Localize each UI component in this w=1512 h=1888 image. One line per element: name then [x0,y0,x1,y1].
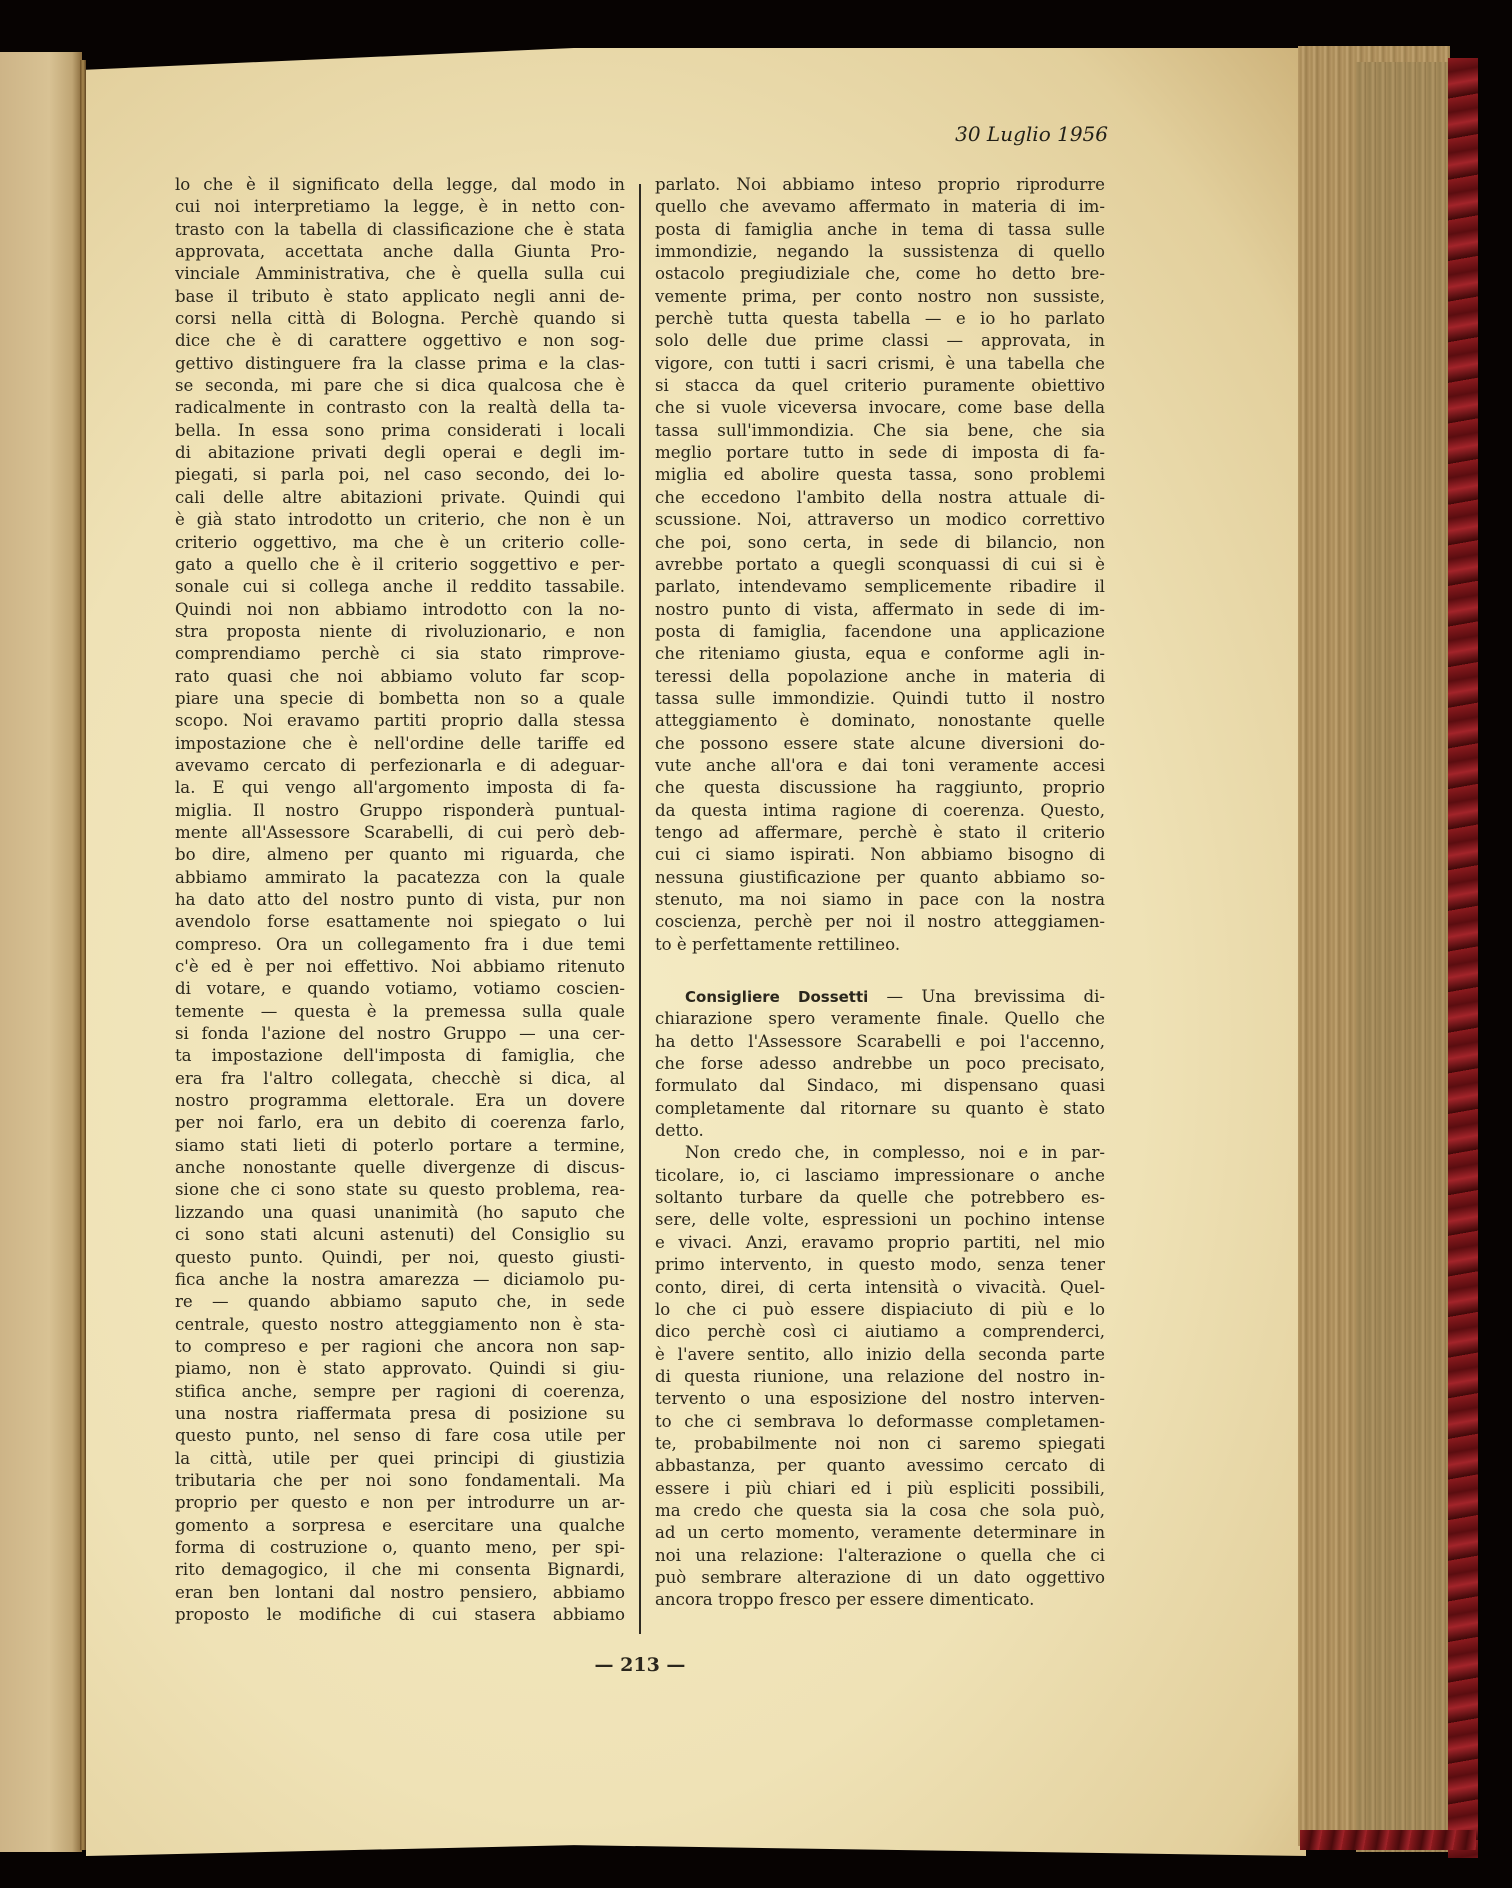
text-line: ticolare, io, ci lasciamo impressionare … [655,1165,1105,1187]
book-cover-bottom [1300,1830,1476,1850]
text-line: miglia ed abolire questa tassa, sono pro… [655,464,1105,486]
text-line: ha dato atto del nostro punto di vista, … [175,889,625,911]
text-line: chiarazione spero veramente finale. Quel… [655,1008,1105,1030]
text-line: noi una relazione: l'alterazione o quell… [655,1545,1105,1567]
text-line: conto, direi, di certa intensità o vivac… [655,1277,1105,1299]
text-line: re — quando abbiamo saputo che, in sede [175,1291,625,1313]
text-line: approvata, accettata anche dalla Giunta … [175,241,625,263]
text-line: gato a quello che è il criterio soggetti… [175,554,625,576]
text-line: vute anche all'ora e dai toni veramente … [655,755,1105,777]
text-line: temente — questa è la premessa sulla qua… [175,1001,625,1023]
text-line: impostazione che è nell'ordine delle tar… [175,733,625,755]
text-line: può sembrare alterazione di un dato ogge… [655,1567,1105,1589]
text-line: si fonda l'azione del nostro Gruppo — un… [175,1023,625,1045]
text-line: di abitazione privati degli operai e deg… [175,442,625,464]
text-line: tervento o una esposizione del nostro in… [655,1388,1105,1410]
text-line: se seconda, mi pare che si dica qualcosa… [175,375,625,397]
text-line: e vivaci. Anzi, eravamo proprio partiti,… [655,1232,1105,1254]
text-line: miglia. Il nostro Gruppo risponderà punt… [175,800,625,822]
text-line: che forse adesso andrebbe un poco precis… [655,1053,1105,1075]
text-line: questo punto. Quindi, per noi, questo gi… [175,1247,625,1269]
text-line: proposto le modifiche di cui stasera abb… [175,1604,625,1626]
text-line: completamente dal ritornare su quanto è … [655,1098,1105,1120]
text-line: radicalmente in contrasto con la realtà … [175,397,625,419]
text-line: to che ci sembrava lo deformasse complet… [655,1411,1105,1433]
text-line: criterio oggettivo, ma che è un criterio… [175,532,625,554]
text-line: piegati, si parla poi, nel caso secondo,… [175,464,625,486]
text-line: corsi nella città di Bologna. Perchè qua… [175,308,625,330]
text-line: dice che è di carattere oggettivo e non … [175,330,625,352]
text-line: eran ben lontani dal nostro pensiero, ab… [175,1582,625,1604]
text-line: che riteniamo giusta, equa e conforme ag… [655,643,1105,665]
text-line: c'è ed è per noi effettivo. Noi abbiamo … [175,956,625,978]
page-header-date: 30 Luglio 1956 [900,122,1108,146]
text-line: è l'avere sentito, allo inizio della sec… [655,1344,1105,1366]
book-gutter [80,60,86,1850]
text-line: avrebbe portato a quegli sconquassi di c… [655,554,1105,576]
text-line: ci sono stati alcuni astenuti) del Consi… [175,1224,625,1246]
text-line: si stacca da quel criterio puramente obi… [655,375,1105,397]
text-line: tassa sull'immondizia. Che sia bene, che… [655,420,1105,442]
text-line: ostacolo pregiudiziale che, come ho dett… [655,263,1105,285]
text-line: sonale cui si collega anche il reddito t… [175,576,625,598]
text-line: to compreso e per ragioni che ancora non… [175,1336,625,1358]
text-line: ad un certo momento, veramente determina… [655,1522,1105,1544]
text-line: formulato dal Sindaco, mi dispensano qua… [655,1075,1105,1097]
text-line: te, probabilmente noi non ci saremo spie… [655,1433,1105,1455]
text-line: che possono essere state alcune diversio… [655,733,1105,755]
paragraph-dossetti-2: Non credo che, in complesso, noi e in pa… [655,1142,1105,1611]
text-line: rito demagogico, il che mi consenta Bign… [175,1559,625,1581]
text-line: vemente prima, per conto nostro non suss… [655,286,1105,308]
facing-page-left [0,52,82,1852]
text-line: Non credo che, in complesso, noi e in pa… [655,1142,1105,1164]
text-line: stenuto, ma noi siamo in pace con la nos… [655,889,1105,911]
text-column-left: lo che è il significato della legge, dal… [175,174,625,1626]
text-line: da questa intima ragione di coerenza. Qu… [655,800,1105,822]
text-line: bo dire, almeno per quanto mi riguarda, … [175,844,625,866]
text-line: comprendiamo perchè ci sia stato rimprov… [175,643,625,665]
text-line: tengo ad affermare, perchè è stato il cr… [655,822,1105,844]
text-line: primo intervento, in questo modo, senza … [655,1254,1105,1276]
text-line: anche nonostante quelle divergenze di di… [175,1157,625,1179]
text-line: vigore, con tutti i sacri crismi, è una … [655,353,1105,375]
text-line: ma credo che questa sia la cosa che sola… [655,1500,1105,1522]
text-line: che poi, sono certa, in sede di bilancio… [655,532,1105,554]
text-line: abbiamo ammirato la pacatezza con la qua… [175,867,625,889]
text-line: immondizie, negando la sussistenza di qu… [655,241,1105,263]
paragraph-dossetti-1: chiarazione spero veramente finale. Quel… [655,1008,1105,1142]
text-line: che si vuole viceversa invocare, come ba… [655,397,1105,419]
book-cover-marbled [1448,58,1478,1858]
text-line: questo punto, nel senso di fare cosa uti… [175,1425,625,1447]
text-line: forma di costruzione o, quanto meno, per… [175,1537,625,1559]
text-line: cali delle altre abitazioni private. Qui… [175,487,625,509]
text-line: è già stato introdotto un criterio, che … [175,509,625,531]
text-line: ancora troppo fresco per essere dimentic… [655,1589,1105,1611]
paragraph-continuation: parlato. Noi abbiamo inteso proprio ripr… [655,174,1105,956]
text-line: sere, delle volte, espressioni un pochin… [655,1209,1105,1231]
text-line: la città, utile per quei principi di giu… [175,1448,625,1470]
text-line: to è perfettamente rettilineo. [655,934,1105,956]
text-line: gomento a sorpresa e esercitare una qual… [175,1515,625,1537]
page-number: — 213 — [570,1654,710,1676]
text-line: la. E qui vengo all'argomento imposta di… [175,777,625,799]
text-line: posta di famiglia, facendone una applica… [655,621,1105,643]
text-line: detto. [655,1120,1105,1142]
text-line: avevamo cercato di perfezionarla e di ad… [175,755,625,777]
text-line: una nostra riaffermata presa di posizion… [175,1403,625,1425]
text-line: tributaria che per noi sono fondamentali… [175,1470,625,1492]
text-line: piamo, non è stato approvato. Quindi si … [175,1358,625,1380]
speaker-text: — Una brevissima di- [887,987,1105,1006]
text-line: nostro punto di vista, affermato in sede… [655,599,1105,621]
text-line: tassa sulle immondizie. Quindi tutto il … [655,688,1105,710]
text-line: stra proposta niente di rivoluzionario, … [175,621,625,643]
text-line: base il tributo è stato applicato negli … [175,286,625,308]
text-line: piare una specie di bombetta non so a qu… [175,688,625,710]
column-divider [639,184,641,1634]
speaker-line: Consigliere Dossetti — Una brevissima di… [655,986,1105,1008]
text-line: lo che è il significato della legge, dal… [175,174,625,196]
text-line: fica anche la nostra amarezza — diciamol… [175,1269,625,1291]
text-line: parlato. Noi abbiamo inteso proprio ripr… [655,174,1105,196]
text-line: era fra l'altro collegata, checchè si di… [175,1068,625,1090]
text-line: lizzando una quasi unanimità (ho saputo … [175,1202,625,1224]
text-line: soltanto turbare da quelle che potrebber… [655,1187,1105,1209]
text-line: Quindi noi non abbiamo introdotto con la… [175,599,625,621]
text-line: cui ci siamo ispirati. Non abbiamo bisog… [655,844,1105,866]
text-line: trasto con la tabella di classificazione… [175,219,625,241]
text-line: che questa discussione ha raggiunto, pro… [655,777,1105,799]
text-line: essere i più chiari ed i più espliciti p… [655,1478,1105,1500]
text-line: mente all'Assessore Scarabelli, di cui p… [175,822,625,844]
text-line: cui noi interpretiamo la legge, è in net… [175,196,625,218]
text-line: rato quasi che noi abbiamo voluto far sc… [175,666,625,688]
text-line: compreso. Ora un collegamento fra i due … [175,934,625,956]
text-line: parlato, intendevamo semplicemente ribad… [655,576,1105,598]
text-line: scussione. Noi, attraverso un modico cor… [655,509,1105,531]
text-line: per noi farlo, era un debito di coerenza… [175,1112,625,1134]
text-line: di questa riunione, una relazione del no… [655,1366,1105,1388]
text-line: atteggiamento è dominato, nonostante que… [655,710,1105,732]
text-column-right: parlato. Noi abbiamo inteso proprio ripr… [655,174,1105,1612]
text-line: scopo. Noi eravamo partiti proprio dalla… [175,710,625,732]
text-line: meglio portare tutto in sede di imposta … [655,442,1105,464]
text-line: ta impostazione dell'imposta di famiglia… [175,1045,625,1067]
text-line: perchè tutta questa tabella — e io ho pa… [655,308,1105,330]
text-line: solo delle due prime classi — approvata,… [655,330,1105,352]
text-line: che eccedono l'ambito della nostra attua… [655,487,1105,509]
text-line: stifica anche, sempre per ragioni di coe… [175,1381,625,1403]
text-line: bella. In essa sono prima considerati i … [175,420,625,442]
text-line: vinciale Amministrativa, che è quella su… [175,263,625,285]
text-line: lo che ci può essere dispiaciuto di più … [655,1299,1105,1321]
page-edges-inner [1356,62,1452,1852]
text-line: dico perchè così ci aiutiamo a comprende… [655,1321,1105,1343]
text-line: sione che ci sono state su questo proble… [175,1179,625,1201]
text-line: nessuna giustificazione per quanto abbia… [655,867,1105,889]
text-line: ha detto l'Assessore Scarabelli e poi l'… [655,1031,1105,1053]
text-line: avendolo forse esattamente noi spiegato … [175,911,625,933]
text-line: abbastanza, per quanto avessimo cercato … [655,1455,1105,1477]
paragraph-gap [655,956,1105,986]
text-line: quello che avevamo affermato in materia … [655,196,1105,218]
text-line: coscienza, perchè per noi il nostro atte… [655,911,1105,933]
text-line: nostro programma elettorale. Era un dove… [175,1090,625,1112]
text-line: posta di famiglia anche in tema di tassa… [655,219,1105,241]
text-line: siamo stati lieti di poterlo portare a t… [175,1135,625,1157]
text-line: centrale, questo nostro atteggiamento no… [175,1314,625,1336]
text-line: gettivo distinguere fra la classe prima … [175,353,625,375]
speaker-name: Consigliere Dossetti [685,988,868,1006]
text-line: proprio per questo e non per introdurre … [175,1492,625,1514]
text-line: di votare, e quando votiamo, votiamo cos… [175,978,625,1000]
text-line: teressi della popolazione anche in mater… [655,666,1105,688]
